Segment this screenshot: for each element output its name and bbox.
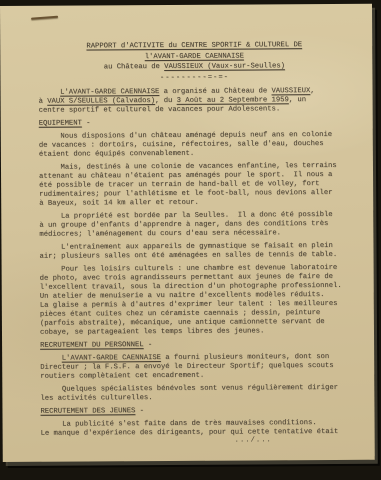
jeunes-paragraph-1: La publicité s'est faite dans de très ma… (41, 418, 353, 438)
staple-mark (31, 16, 58, 20)
scan-background: RAPPORT d'ACTIVITE du CENTRE SPORTIF & C… (0, 0, 381, 480)
intro-paragraph: L'AVANT-GARDE CAENNAISE a organisé au Ch… (39, 86, 351, 115)
heading-recrutement-personnel: RECRUTEMENT DU PERSONNEL - (40, 339, 352, 350)
title-block: RAPPORT d'ACTIVITE du CENTRE SPORTIF & C… (38, 40, 350, 73)
equipement-paragraph-3: La propriété est bordée par la Seulles. … (39, 210, 351, 239)
equipement-paragraph-1: Nous disposions d'un château aménagé dep… (39, 130, 351, 159)
personnel-paragraph-2: Quelques spécialistes bénévoles sont ven… (40, 383, 352, 403)
title-separator: ---------=-=- (38, 72, 350, 83)
text-line: ---------=-=- (38, 72, 350, 83)
text-line: Le manque d'expérience des dirigeants, p… (41, 427, 353, 438)
equipement-paragraph-4: L'entraînement aux appareils de gymnasti… (39, 241, 351, 261)
text-line: étaient donc équipés convenablement. (39, 148, 351, 159)
text-line: de vacances : dortoirs, cuisine, réfecto… (39, 139, 351, 150)
text-line: les activités culturelles. (40, 392, 352, 403)
text-line: Quelques spécialistes bénévoles sont ven… (40, 383, 352, 394)
text-line: EQUIPEMENT - (39, 117, 351, 128)
text-line: cobaye, se partageaient les temps libres… (40, 326, 352, 337)
text-line: au Château de VAUSSIEUX (Vaux-sur-Seulle… (38, 61, 350, 73)
text-line: médiocres; l'aménagement du cours d'eau … (39, 228, 351, 239)
paper-sheet: RAPPORT d'ACTIVITE du CENTRE SPORTIF & C… (0, 4, 375, 462)
equipement-paragraph-5: Pour les loisirs culturels : une chambre… (40, 263, 352, 337)
heading-equipement: EQUIPEMENT - (39, 117, 351, 128)
text-line: RECRUTEMENT DES JEUNES - (40, 405, 352, 416)
equipement-paragraph-2: Mais, destinés à une colonie de vacances… (39, 161, 351, 208)
text-line: routiers complètaient cet encadrement. (40, 370, 352, 381)
document-body: RAPPORT d'ACTIVITE du CENTRE SPORTIF & C… (38, 40, 352, 442)
continuation-mark: .../... (235, 436, 272, 444)
text-line: à Bayeux, soit 14 km aller et retour. (39, 197, 351, 208)
text-line: air; plusieurs salles ont été aménagées … (40, 250, 352, 261)
text-line: centre sportif et culturel de vacances p… (39, 104, 351, 115)
text-line: RECRUTEMENT DU PERSONNEL - (40, 339, 352, 350)
personnel-paragraph-1: L'AVANT-GARDE CAENNAISE a fourni plusieu… (40, 352, 352, 381)
heading-recrutement-jeunes: RECRUTEMENT DES JEUNES - (40, 405, 352, 416)
